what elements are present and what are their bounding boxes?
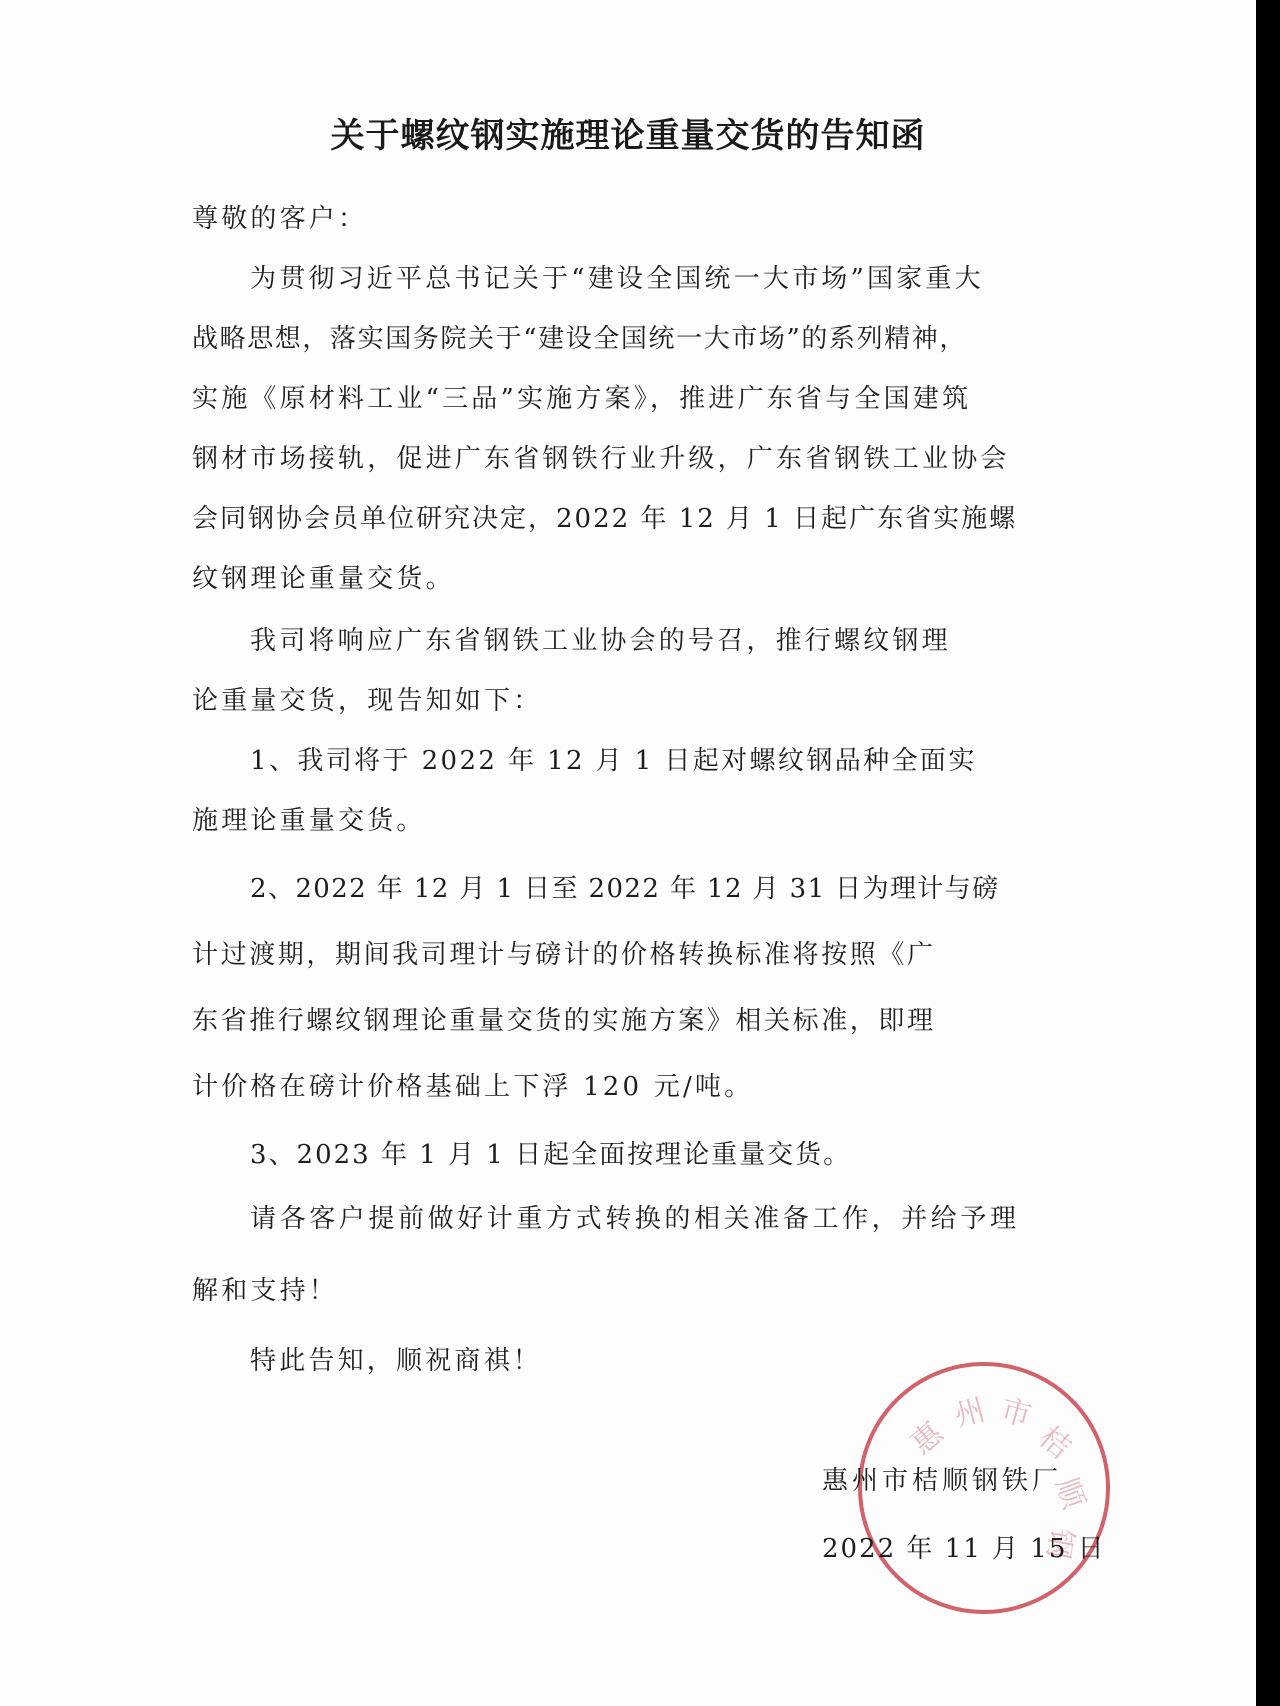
closing-request: 请各客户提前做好计重方式转换的相关准备工作，并给予理 xyxy=(250,1198,1020,1235)
list-item-2-cont: 计过渡期，期间我司理计与磅计的价格转换标准将按照《广 xyxy=(192,934,936,971)
paragraph-line: 会同钢协会员单位研究决定，2022 年 12 月 1 日起广东省实施螺 xyxy=(192,498,1017,535)
paragraph-line: 论重量交货，现告知如下： xyxy=(192,680,542,717)
paragraph-line: 战略思想，落实国务院关于“建设全国统一大市场”的系列精神， xyxy=(192,318,967,355)
signer-name: 惠州市桔顺钢铁厂 xyxy=(822,1460,1062,1497)
salutation: 尊敬的客户： xyxy=(192,198,367,235)
list-item-1: 1、我司将于 2022 年 12 月 1 日起对螺纹钢品种全面实 xyxy=(250,740,977,777)
closing-line: 特此告知，顺祝商祺！ xyxy=(250,1340,542,1377)
stamp-glyph: 桔 xyxy=(1031,1414,1082,1467)
list-item-1-cont: 施理论重量交货。 xyxy=(192,800,426,837)
paragraph-line: 我司将响应广东省钢铁工业协会的号召，推行螺纹钢理 xyxy=(250,620,951,657)
signing-date: 2022 年 11 月 15 日 xyxy=(822,1528,1106,1565)
stamp-glyph: 市 xyxy=(997,1385,1037,1435)
list-item-3: 3、2023 年 1 月 1 日起全面按理论重量交货。 xyxy=(250,1134,851,1171)
list-item-2: 2、2022 年 12 月 1 日至 2022 年 12 月 31 日为理计与磅 xyxy=(250,868,1000,905)
list-item-2-cont: 东省推行螺纹钢理论重量交货的实施方案》相关标准，即理 xyxy=(192,1000,936,1037)
stamp-glyph: 惠 xyxy=(899,1410,950,1463)
document-title: 关于螺纹钢实施理论重量交货的告知函 xyxy=(0,108,1256,157)
paragraph-line: 实施《原材料工业“三品”实施方案》，推进广东省与全国建筑 xyxy=(192,378,971,415)
paragraph-line: 为贯彻习近平总书记关于“建设全国统一大市场”国家重大 xyxy=(250,258,984,295)
paragraph-line: 钢材市场接轨，促进广东省钢铁行业升级，广东省钢铁工业协会 xyxy=(192,438,1010,475)
stamp-glyph: 州 xyxy=(949,1385,989,1435)
closing-request-cont: 解和支持！ xyxy=(192,1270,338,1307)
letter-page: 关于螺纹钢实施理论重量交货的告知函 尊敬的客户： 为贯彻习近平总书记关于“建设全… xyxy=(0,0,1256,1706)
paragraph-line: 纹钢理论重量交货。 xyxy=(192,558,455,595)
list-item-2-cont: 计价格在磅计价格基础上下浮 120 元/吨。 xyxy=(192,1066,753,1103)
